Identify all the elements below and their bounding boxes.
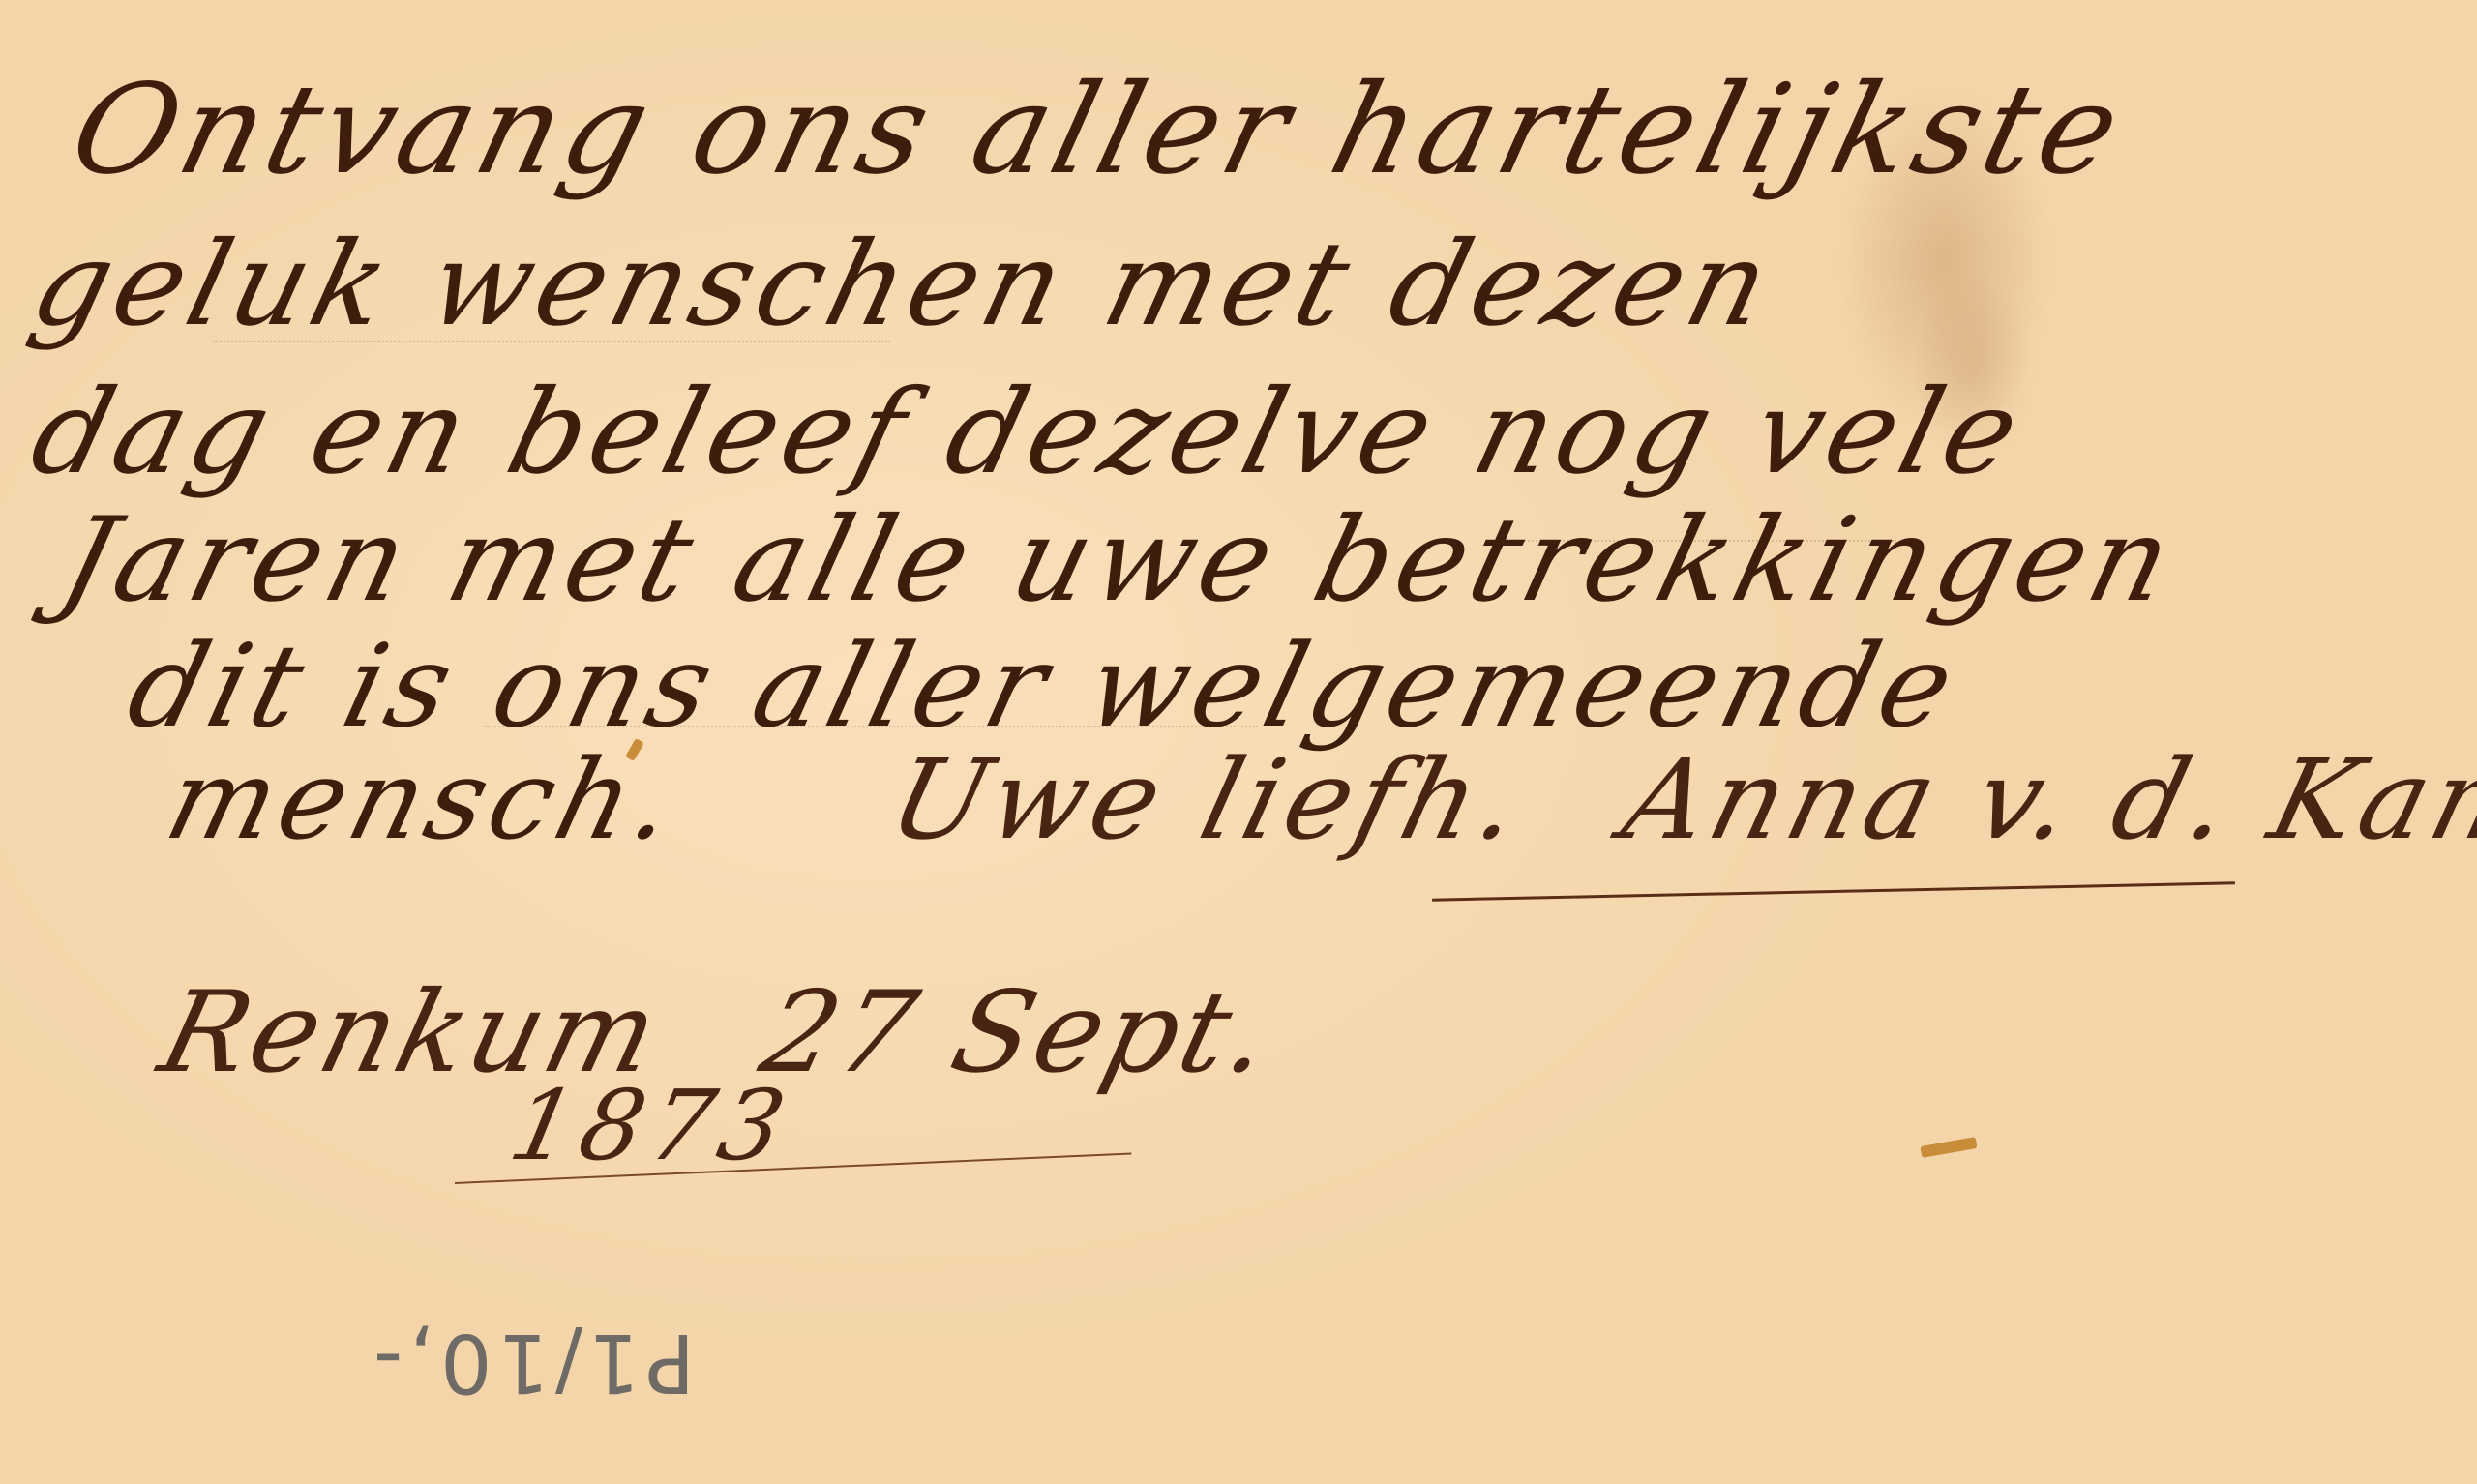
ink-speck — [1920, 1137, 1977, 1158]
closing-word: mensch. — [155, 735, 693, 864]
letter-line-5: dit is ons aller welgemeende — [116, 619, 1972, 753]
signature-underline — [1432, 881, 2235, 901]
date: 27 Sept. — [750, 967, 1288, 1098]
pencil-annotation: P1/10,- — [368, 1316, 695, 1410]
letter-line-2: geluk wenschen met dezen — [19, 218, 1787, 352]
closing-line: mensch. Uwe liefh. Anna v. d. Kamp — [155, 735, 2477, 864]
signature: Anna v. d. Kamp — [1612, 735, 2477, 864]
year: 1873 — [501, 1069, 802, 1182]
letter-line-3: dag en beleef dezelve nog vele — [19, 366, 2037, 500]
letter-page: Ontvang ons aller hartelijkste geluk wen… — [0, 0, 2477, 1484]
salutation: Uwe liefh. — [879, 735, 1539, 864]
letter-line-4: Jaren met alle uwe betrekkingen — [48, 493, 2190, 628]
letter-line-1: Ontvang ons aller hartelijkste — [58, 58, 2138, 202]
